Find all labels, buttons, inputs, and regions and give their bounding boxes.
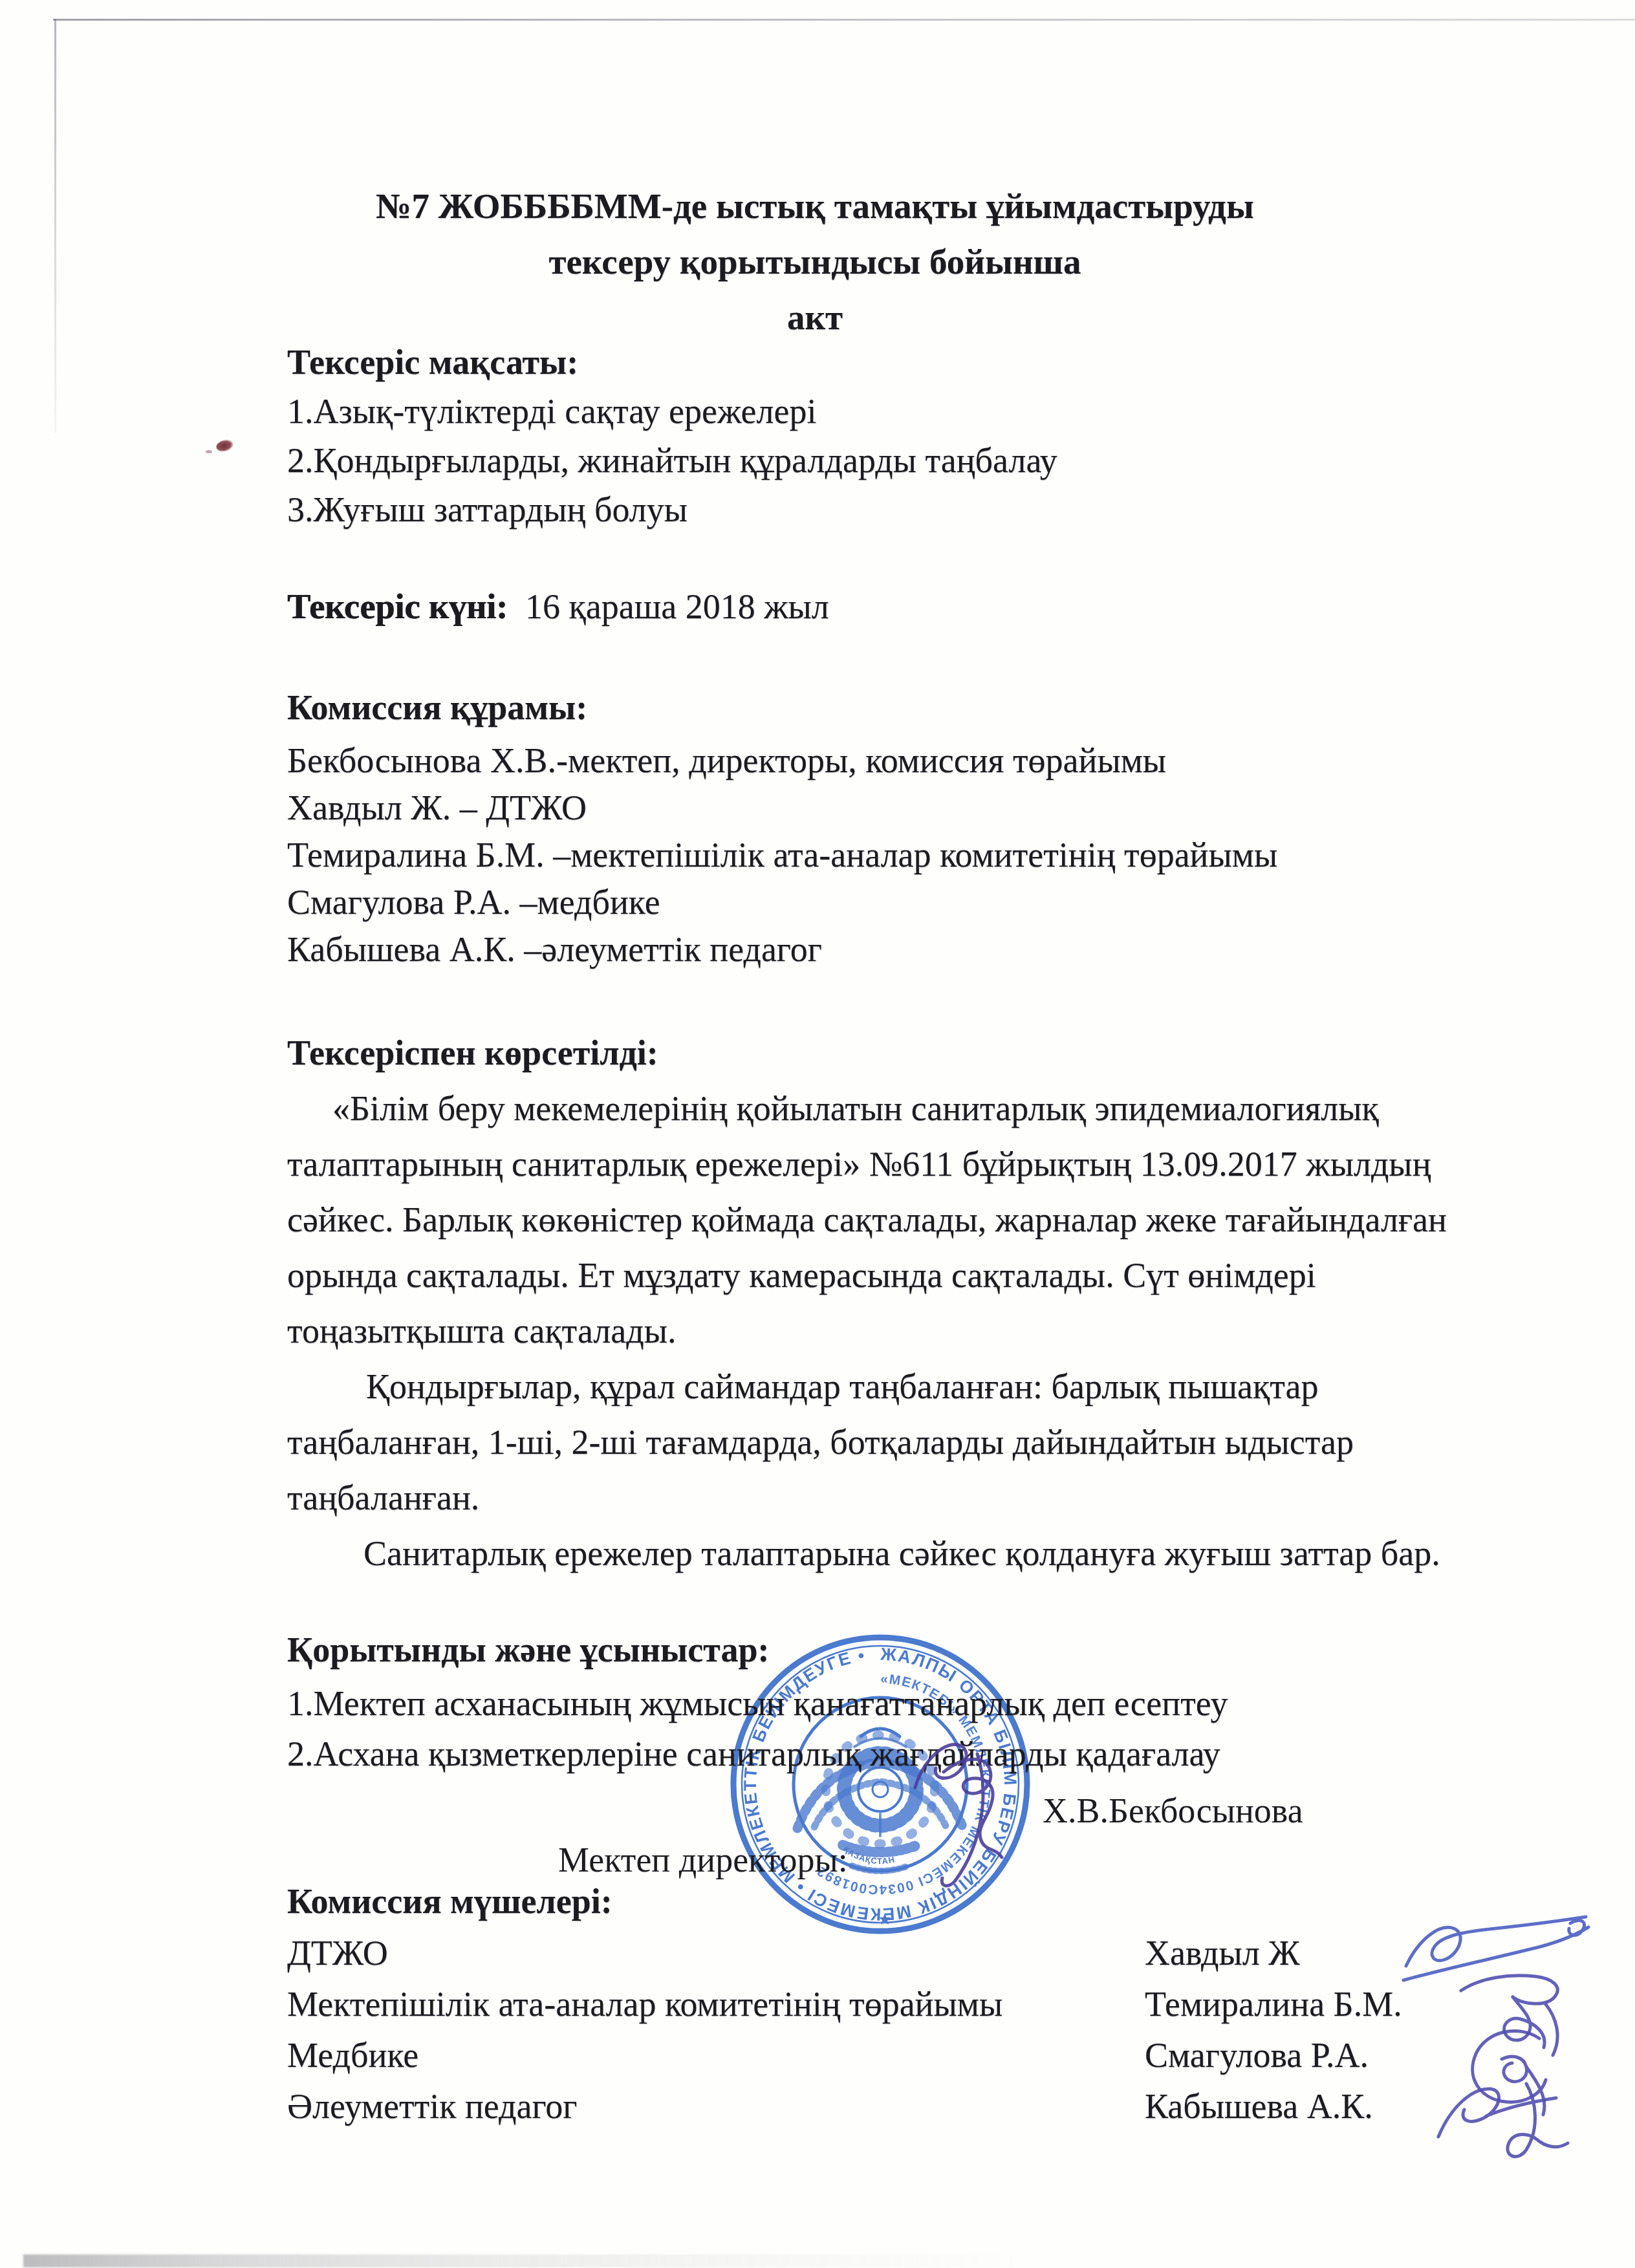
commission-member: Бекбосынова Х.В.-мектеп, директоры, коми… [287,737,1596,784]
member-name: Хавдыл Ж [1145,1928,1300,1979]
signature-kabysheva [1428,2068,1586,2162]
ink-speck-small [206,450,212,453]
findings-line: сәйкес. Барлық көкөністер қоймада сақтал… [287,1192,1596,1247]
findings-line: таңбаланған. [287,1470,1596,1526]
commission-member: Смагулова Р.А. –медбике [287,879,1596,926]
ink-speck [215,438,235,453]
purpose-header: Тексеріс мақсаты: [287,338,1596,387]
title-line-1: №7 ЖОББББММ-де ыстық тамақты ұйымдастыру… [278,178,1352,234]
findings-line: Санитарлық ережелер талаптарына сәйкес қ… [287,1526,1596,1581]
findings-line: таңбаланған, 1-ші, 2-ші тағамдарда, ботқ… [287,1414,1596,1470]
member-role: ДТЖО [287,1934,388,1972]
commission-header: Комиссия құрамы: [287,683,1596,732]
date-row: Тексеріс күні: 16 қараша 2018 жыл [287,582,1596,631]
member-row: Әлеуметтік педагогКабышева А.К. [287,2081,1596,2132]
findings-line: орында сақталады. Ет мұздату камерасында… [287,1247,1596,1303]
member-role: Медбике [287,2036,418,2075]
director-label: Мектеп директоры: [558,1841,848,1879]
commission-members: Бекбосынова Х.В.-мектеп, директоры, коми… [287,737,1596,973]
commission-member: Хавдыл Ж. – ДТЖО [287,784,1596,832]
commission-section: Комиссия құрамы: Бекбосынова Х.В.-мектеп… [287,683,1596,973]
findings-header: Тексеріспен көрсетілді: [287,1028,1596,1077]
scanner-bottom-smudge [23,2254,1032,2267]
member-name: Темиралина Б.М. [1145,1979,1402,2030]
conclusion-item: 1.Мектеп асханасының жұмысын қанағаттана… [287,1678,1596,1729]
director-signature [901,1725,1008,1897]
purpose-item: 1.Азық-түліктерді сақтау ережелері [287,387,1596,436]
findings-line: Қондырғылар, құрал саймандар таңбаланған… [287,1359,1596,1414]
commission-member: Кабышева А.К. –әлеуметтік педагог [287,926,1596,973]
findings-line: талаптарының санитарлық ережелері» №611 … [287,1136,1596,1192]
title-line-2: тексеру қорытындысы бойынша [278,234,1352,290]
member-role: Мектепішілік ата-аналар комитетінің төра… [287,1985,1002,2024]
findings-section: Тексеріспен көрсетілді: «Білім беру меке… [287,1028,1596,1581]
scanned-document-page: №7 ЖОББББММ-де ыстық тамақты ұйымдастыру… [0,0,1635,2268]
date-value: 16 қараша 2018 жыл [508,587,829,626]
director-row: Мектеп директоры: Х.В.Бекбосынова [523,1786,1493,1835]
member-row: МедбикеСмагулова Р.А. [287,2030,1596,2081]
member-role: Әлеуметтік педагог [287,2087,577,2126]
date-label: Тексеріс күні: [287,587,508,626]
findings-lines: «Білім беру мекемелерінің қойылатын сани… [287,1081,1596,1581]
member-name: Смагулова Р.А. [1145,2030,1369,2081]
purpose-items: 1.Азық-түліктерді сақтау ережелері2.Қонд… [287,387,1596,534]
purpose-item: 3.Жуғыш заттардың болуы [287,485,1596,534]
scan-page-edge-left [54,19,56,433]
conclusion-header: Қорытынды және ұсыныстар: [287,1625,1596,1674]
findings-line: тоңазытқышта сақталады. [287,1303,1596,1359]
purpose-section: Тексеріс мақсаты: 1.Азық-түліктерді сақт… [287,338,1596,534]
director-name: Х.В.Бекбосынова [1043,1786,1303,1835]
document-title: №7 ЖОББББММ-де ыстық тамақты ұйымдастыру… [278,178,1352,345]
purpose-item: 2.Қондырғыларды, жинайтын құралдарды таң… [287,436,1596,485]
member-name: Кабышева А.К. [1145,2081,1373,2132]
findings-line: «Білім беру мекемелерінің қойылатын сани… [287,1081,1596,1136]
scan-page-edge-top [53,19,1635,21]
commission-member: Темиралина Б.М. –мектепішілік ата-аналар… [287,832,1596,879]
date-section: Тексеріс күні: 16 қараша 2018 жыл [287,582,1596,631]
